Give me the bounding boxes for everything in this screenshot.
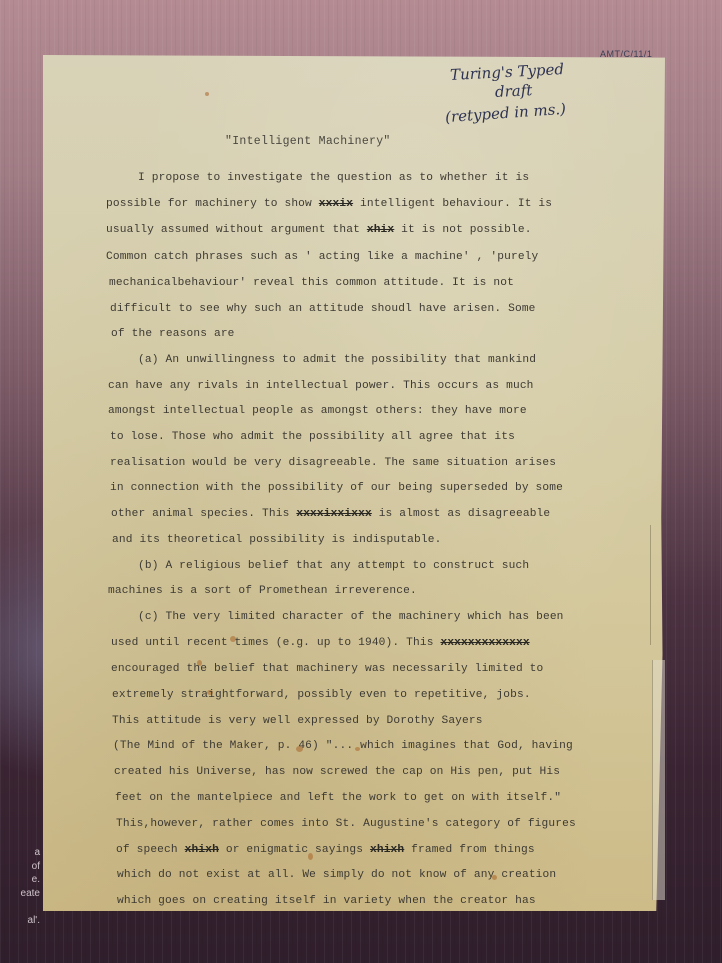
placard-line: eate xyxy=(0,887,40,901)
line-text: machines is a sort of Promethean irrever… xyxy=(108,585,417,597)
line-text: realisation would be very disagreeable. … xyxy=(110,457,556,469)
typed-line: possible for machinery to show xxxix int… xyxy=(106,198,552,210)
line-text: I propose to investigate the question as… xyxy=(138,172,529,184)
archive-reference: AMT/C/11/1 xyxy=(600,49,652,59)
typed-line: feet on the mantelpiece and left the wor… xyxy=(115,792,561,804)
line-text: or enigmatic sayings xyxy=(219,844,370,856)
line-text: (The Mind of the Maker, p. 46) "... whic… xyxy=(113,740,573,752)
typed-line: extremely straightforward, possibly even… xyxy=(112,689,531,701)
placard-line: al'. xyxy=(0,914,40,928)
typed-line: can have any rivals in intellectual powe… xyxy=(108,380,534,392)
line-text: difficult to see why such an attitude sh… xyxy=(110,303,536,315)
line-text: This attitude is very well expressed by … xyxy=(112,715,483,727)
document-title: "Intelligent Machinery" xyxy=(225,135,391,148)
typed-line: created his Universe, has now screwed th… xyxy=(114,766,560,778)
line-text: (a) An unwillingness to admit the possib… xyxy=(138,354,536,366)
typed-line: usually assumed without argument that xh… xyxy=(106,224,532,236)
typed-line: in connection with the possibility of ou… xyxy=(110,482,563,494)
typed-line: to lose. Those who admit the possibility… xyxy=(110,431,515,443)
typed-line: This attitude is very well expressed by … xyxy=(112,715,483,727)
placard-line: a xyxy=(0,846,40,860)
typed-line: encouraged the belief that machinery was… xyxy=(111,663,543,675)
typed-line: difficult to see why such an attitude sh… xyxy=(110,303,536,315)
typed-line: (c) The very limited character of the ma… xyxy=(138,611,564,623)
line-text: which goes on creating itself in variety… xyxy=(117,895,536,907)
line-text: can have any rivals in intellectual powe… xyxy=(108,380,534,392)
typed-line: This,however, rather comes into St. Augu… xyxy=(116,818,576,830)
line-text: in connection with the possibility of ou… xyxy=(110,482,563,494)
typed-line: used until recent times (e.g. up to 1940… xyxy=(111,637,530,649)
line-text: to lose. Those who admit the possibility… xyxy=(110,431,515,443)
line-text: which do not exist at all. We simply do … xyxy=(117,869,556,881)
line-text: This,however, rather comes into St. Augu… xyxy=(116,818,576,830)
struck-out-text: xxxix xyxy=(319,198,353,210)
typed-line: Common catch phrases such as ' acting li… xyxy=(106,251,538,263)
line-text: feet on the mantelpiece and left the wor… xyxy=(115,792,561,804)
line-text: used until recent times (e.g. up to 1940… xyxy=(111,637,440,649)
handwritten-note-line: draft xyxy=(495,81,533,101)
typed-line: (b) A religious belief that any attempt … xyxy=(138,560,529,572)
line-text: usually assumed without argument that xyxy=(106,224,367,236)
line-text: mechanicalbehaviour' reveal this common … xyxy=(109,277,514,289)
typed-line: realisation would be very disagreeable. … xyxy=(110,457,556,469)
struck-out-text: xhixh xyxy=(185,844,219,856)
placard-line: e. xyxy=(0,873,40,887)
line-text: of the reasons are xyxy=(111,328,235,340)
line-text: of speech xyxy=(116,844,185,856)
line-text: intelligent behaviour. It is xyxy=(353,198,552,210)
line-text: Common catch phrases such as ' acting li… xyxy=(106,251,538,263)
line-text: other animal species. This xyxy=(111,508,296,520)
struck-out-text: xhixh xyxy=(370,844,404,856)
struck-out-text: xxxxixxixxx xyxy=(296,508,372,520)
typed-line: which do not exist at all. We simply do … xyxy=(117,869,556,881)
line-text: amongst intellectual people as amongst o… xyxy=(108,405,527,417)
typed-line: and its theoretical possibility is indis… xyxy=(112,534,441,546)
typed-line: of speech xhixh or enigmatic sayings xhi… xyxy=(116,844,535,856)
line-text: created his Universe, has now screwed th… xyxy=(114,766,560,778)
line-text: possible for machinery to show xyxy=(106,198,319,210)
line-text: (b) A religious belief that any attempt … xyxy=(138,560,529,572)
line-text: (c) The very limited character of the ma… xyxy=(138,611,564,623)
line-text: is almost as disagreeable xyxy=(372,508,550,520)
placard-line: of xyxy=(0,860,40,874)
line-text: and its theoretical possibility is indis… xyxy=(112,534,441,546)
line-text: encouraged the belief that machinery was… xyxy=(111,663,543,675)
typed-line: which goes on creating itself in variety… xyxy=(117,895,536,907)
struck-out-text: xxxxxxxxxxxxx xyxy=(440,637,529,649)
typed-line: I propose to investigate the question as… xyxy=(138,172,529,184)
placard-line xyxy=(0,900,40,914)
typed-line: amongst intellectual people as amongst o… xyxy=(108,405,527,417)
line-text: framed from things xyxy=(404,844,534,856)
typed-line: mechanicalbehaviour' reveal this common … xyxy=(109,277,514,289)
typed-line: of the reasons are xyxy=(111,328,235,340)
line-text: extremely straightforward, possibly even… xyxy=(112,689,531,701)
typed-line: machines is a sort of Promethean irrever… xyxy=(108,585,417,597)
typed-line: (a) An unwillingness to admit the possib… xyxy=(138,354,536,366)
typed-line: (The Mind of the Maker, p. 46) "... whic… xyxy=(113,740,573,752)
exhibit-placard: a of e. eate al'. xyxy=(0,846,40,927)
typed-line: other animal species. This xxxxixxixxx i… xyxy=(111,508,550,520)
line-text: it is not possible. xyxy=(394,224,531,236)
struck-out-text: xhix xyxy=(367,224,394,236)
